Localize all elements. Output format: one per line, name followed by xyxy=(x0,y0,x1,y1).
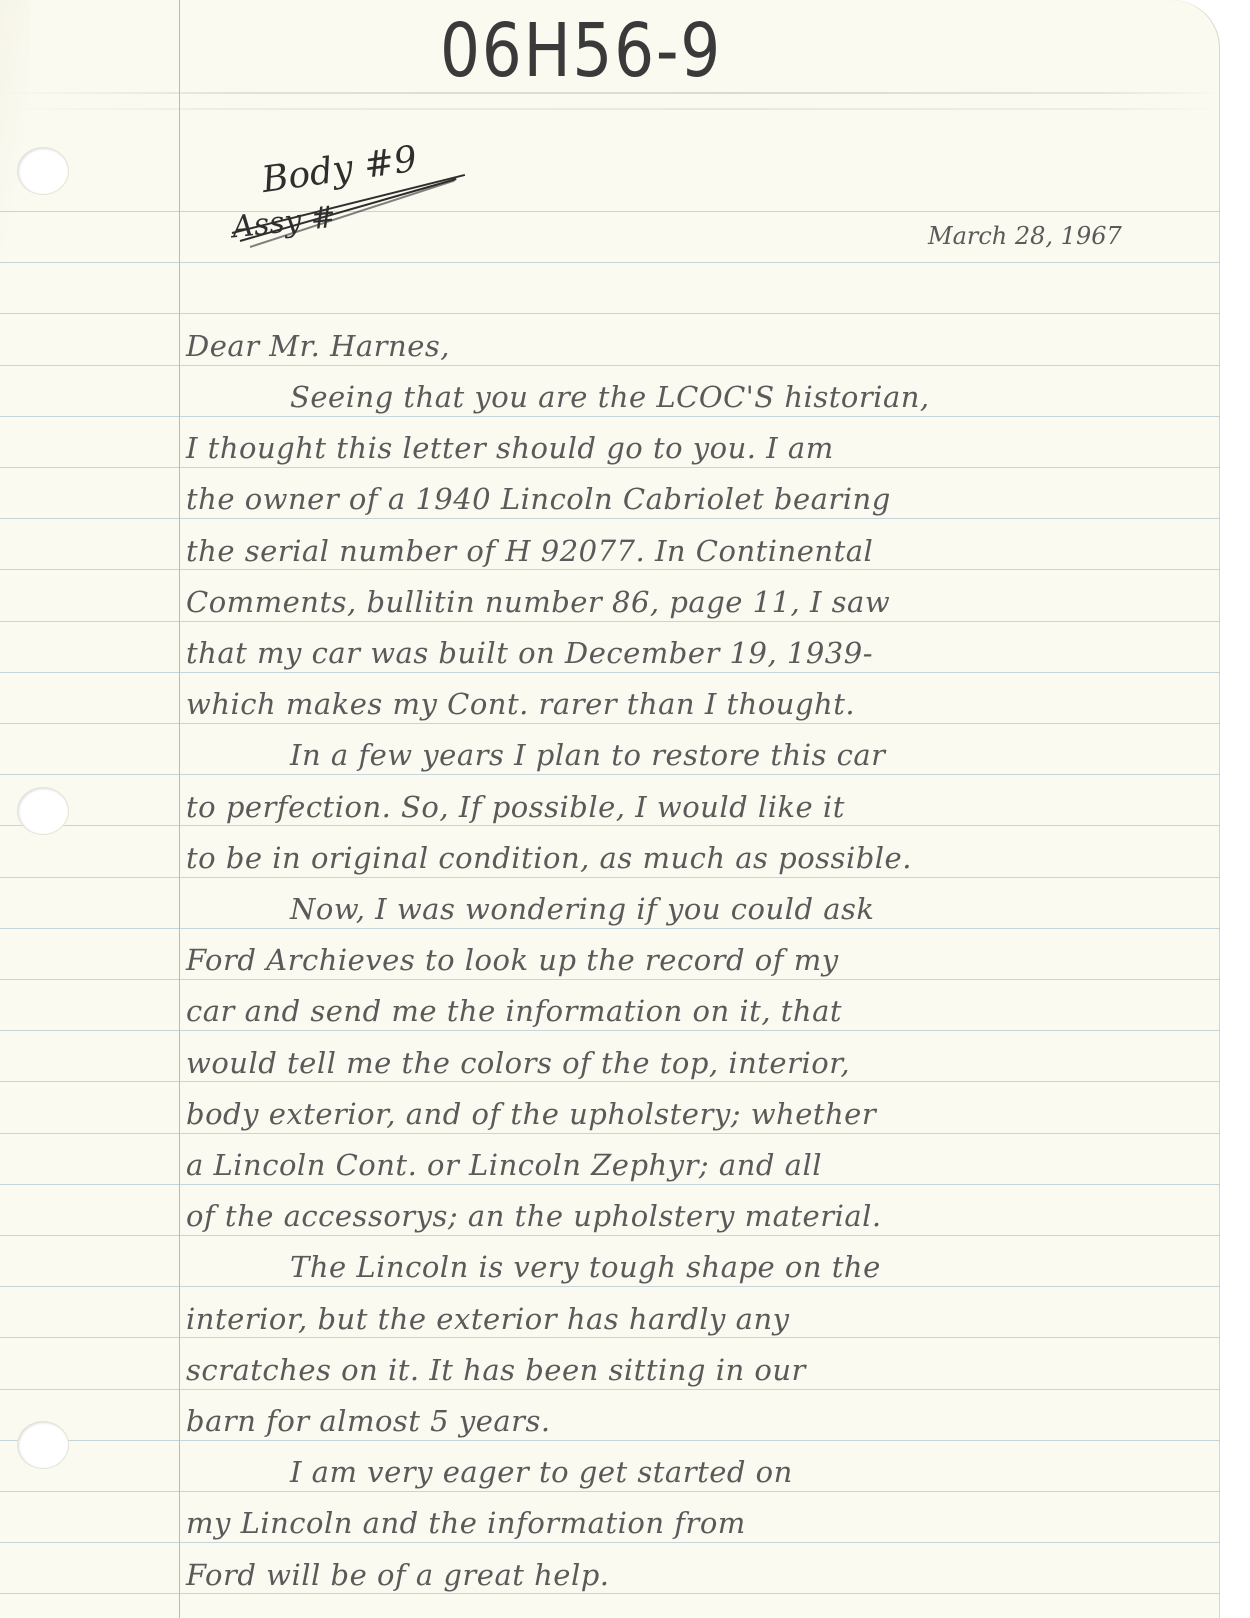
letter-line: the serial number of H 92077. In Contine… xyxy=(186,531,873,571)
letter-line: a Lincoln Cont. or Lincoln Zephyr; and a… xyxy=(186,1145,822,1185)
letter-line: the owner of a 1940 Lincoln Cabriolet be… xyxy=(186,479,891,519)
letter-line: interior, but the exterior has hardly an… xyxy=(186,1299,790,1339)
paper-crease xyxy=(0,108,1220,110)
letter-line: Ford will be of a great help. xyxy=(186,1555,610,1595)
punch-hole-bottom xyxy=(18,1422,68,1468)
notebook-page: 06H56-9 Body #9 Assy # March 28, 1967 De… xyxy=(0,0,1220,1618)
letter-line: body exterior, and of the upholstery; wh… xyxy=(186,1094,876,1134)
ruled-line xyxy=(0,1440,1220,1441)
letter-line: Ford Archieves to look up the record of … xyxy=(186,940,839,980)
letter-line: I am very eager to get started on xyxy=(290,1452,793,1492)
letter-line: to perfection. So, If possible, I would … xyxy=(186,787,845,827)
salutation: Dear Mr. Harnes, xyxy=(186,326,450,366)
letter-line: that my car was built on December 19, 19… xyxy=(186,633,873,673)
margin-line xyxy=(179,0,180,1618)
letter-line: would tell me the colors of the top, int… xyxy=(186,1043,850,1083)
letter-line: In a few years I plan to restore this ca… xyxy=(290,735,886,775)
ruled-line xyxy=(0,365,1220,366)
letter-line: my Lincoln and the information from xyxy=(186,1503,746,1543)
letter-date: March 28, 1967 xyxy=(928,222,1122,250)
ruled-line xyxy=(0,313,1220,314)
ruled-line xyxy=(0,262,1220,263)
punch-hole-middle xyxy=(18,788,68,834)
letter-line: to be in original condition, as much as … xyxy=(186,838,912,878)
letter-line: The Lincoln is very tough shape on the xyxy=(290,1247,881,1287)
letter-line: scratches on it. It has been sitting in … xyxy=(186,1350,806,1390)
letter-line: of the accessorys; an the upholstery mat… xyxy=(186,1196,882,1236)
ruled-line xyxy=(0,211,1220,212)
letter-line: Seeing that you are the LCOC'S historian… xyxy=(290,377,930,417)
letter-line: Comments, bullitin number 86, page 11, I… xyxy=(186,582,890,622)
letter-line: car and send me the information on it, t… xyxy=(186,991,842,1031)
archive-number: 06H56-9 xyxy=(440,8,722,94)
ruled-line xyxy=(0,1593,1220,1594)
letter-line: Now, I was wondering if you could ask xyxy=(290,889,874,929)
paper-edge-shadow xyxy=(0,0,30,270)
punch-hole-top xyxy=(18,148,68,194)
letter-line: which makes my Cont. rarer than I though… xyxy=(186,684,855,724)
letter-line: I thought this letter should go to you. … xyxy=(186,428,834,468)
letter-line: barn for almost 5 years. xyxy=(186,1401,551,1441)
